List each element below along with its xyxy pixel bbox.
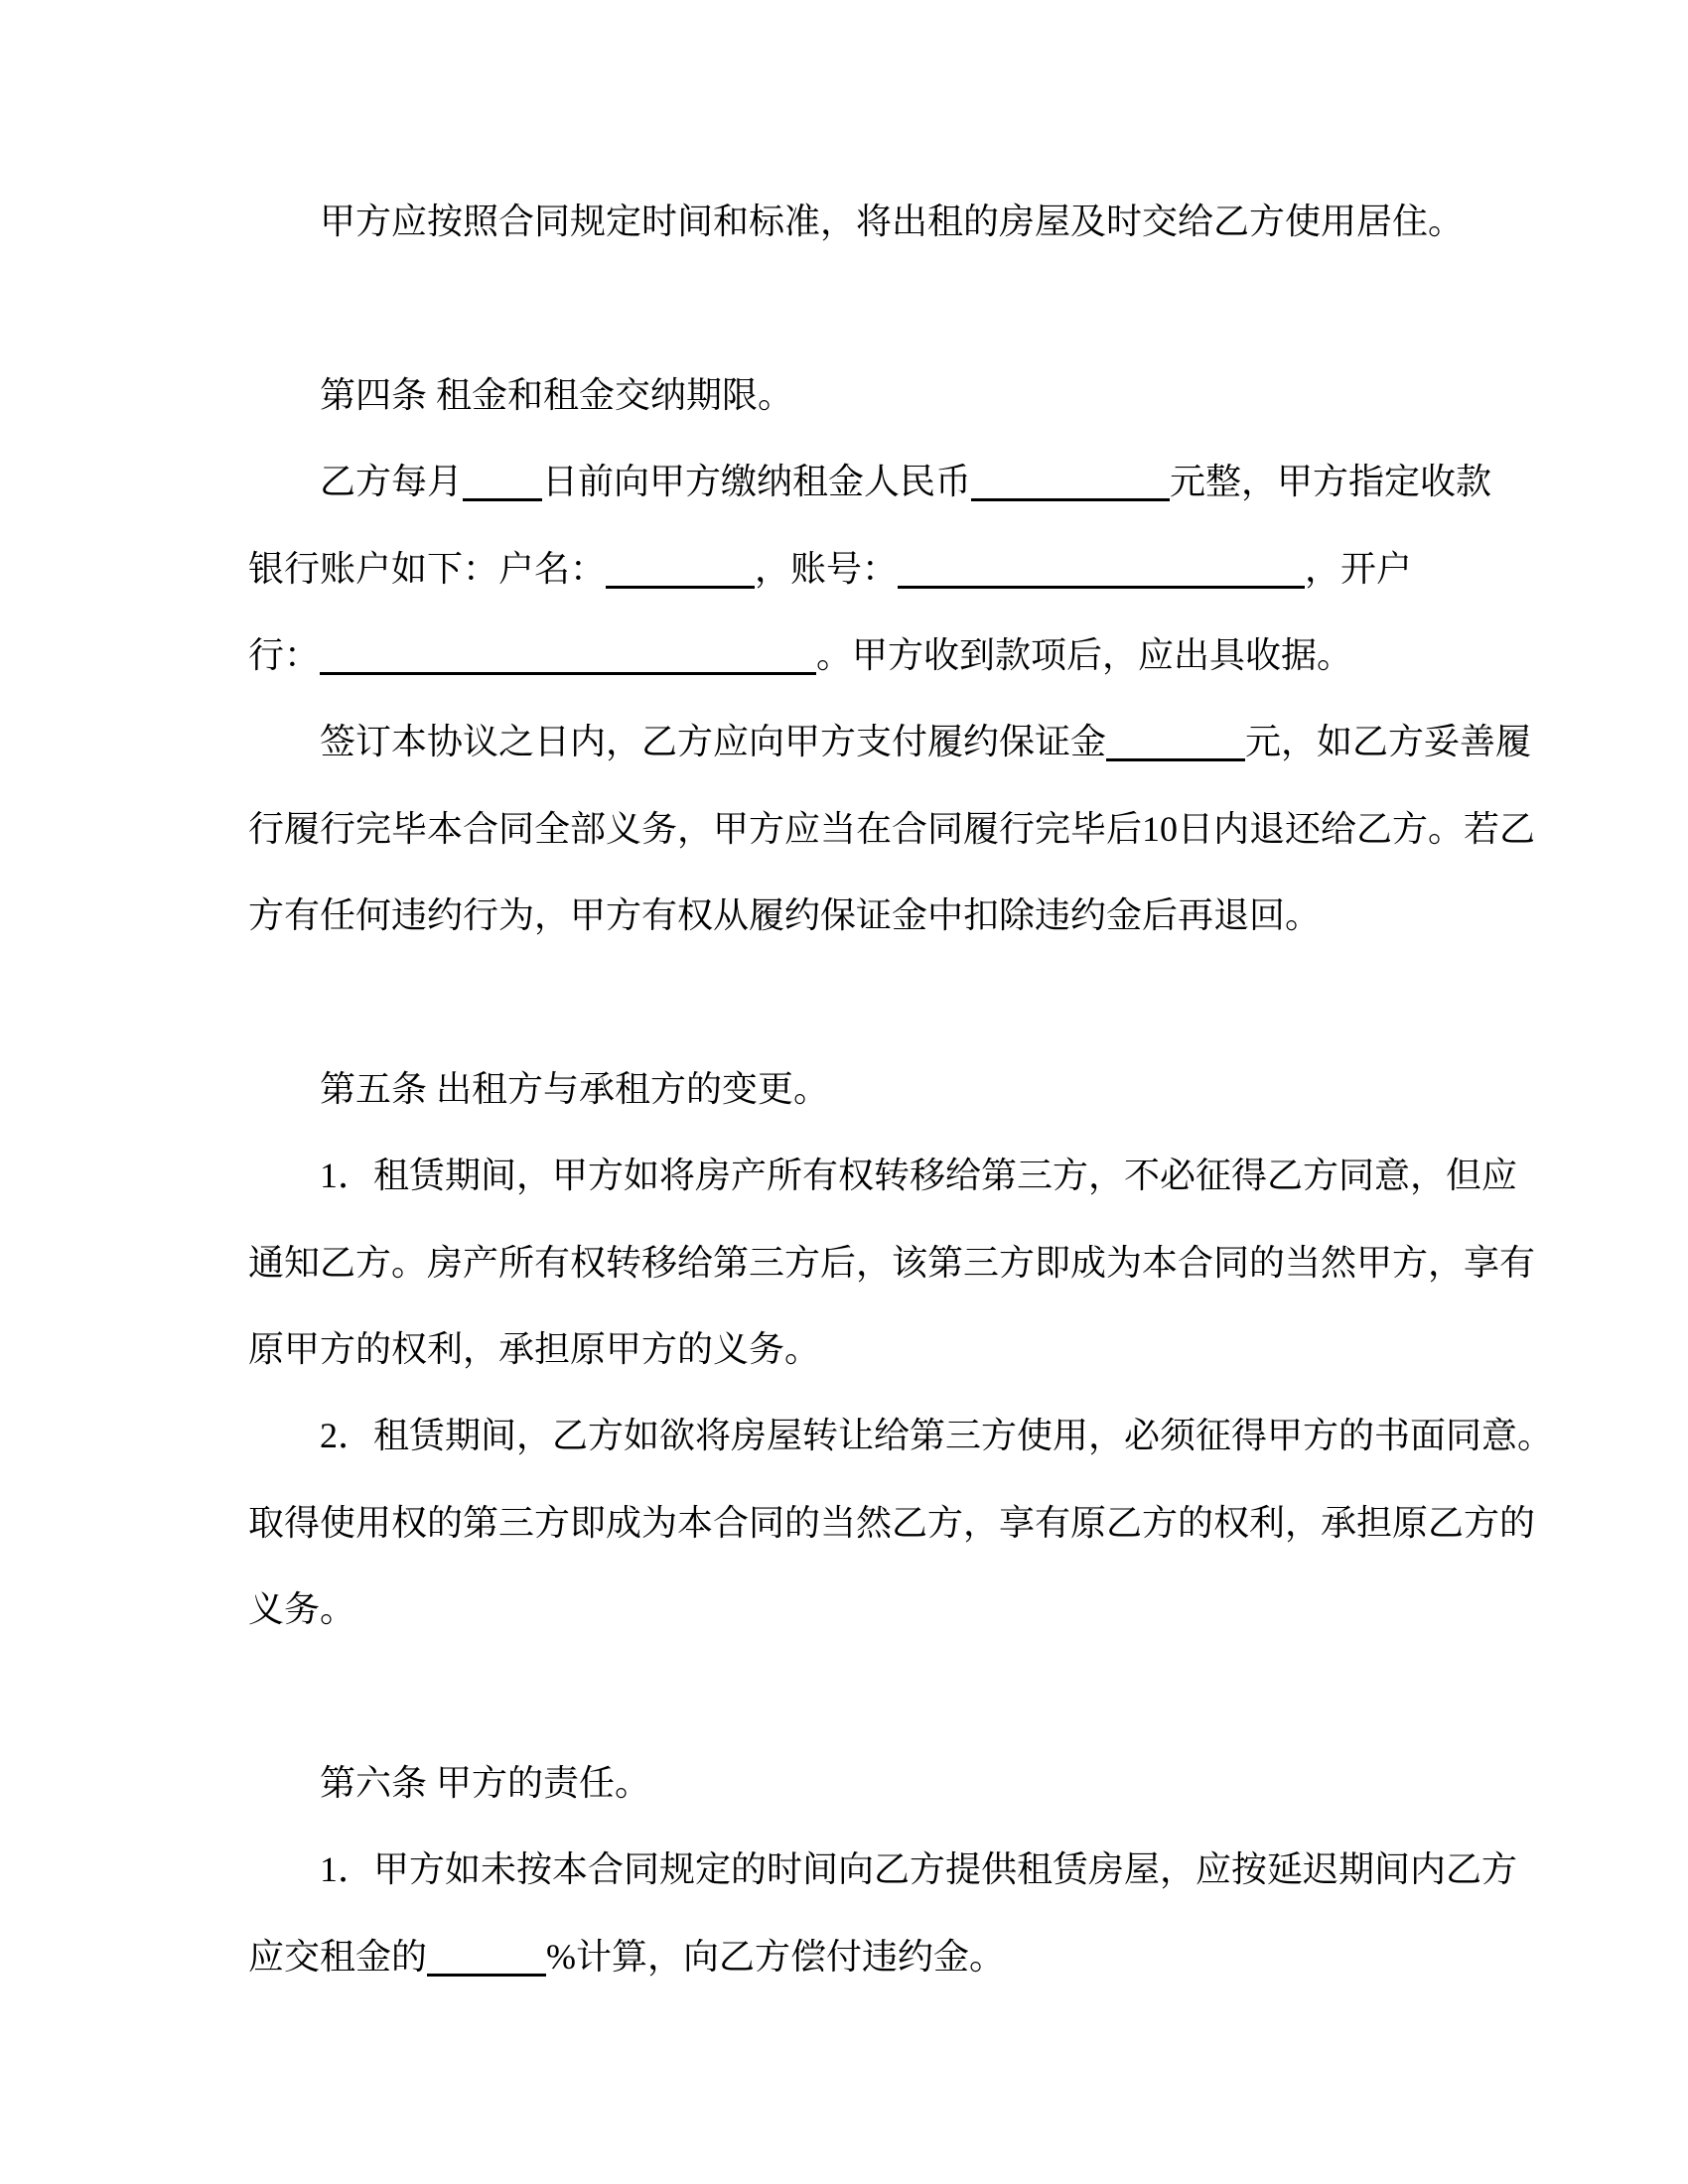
document-line: 通知乙方。房产所有权转移给第三方后，该第三方即成为本合同的当然甲方，享有 xyxy=(248,1240,1450,1326)
fill-in-blank-underline xyxy=(463,459,542,501)
body-text: 乙方每月 xyxy=(320,462,463,501)
heading-text: 第五条 出租方与承租方的变更。 xyxy=(320,1069,829,1109)
body-text: 签订本协议之日内，乙方应向甲方支付履约保证金 xyxy=(320,722,1106,761)
body-text: 1．租赁期间，甲方如将房产所有权转移给第三方，不必征得乙方同意，但应 xyxy=(320,1156,1517,1195)
body-text: 行： xyxy=(248,635,320,675)
contract-body: 甲方应按照合同规定时间和标准，将出租的房屋及时交给乙方使用居住。第四条 租金和租… xyxy=(248,199,1450,2020)
body-text: 日前向甲方缴纳租金人民币 xyxy=(542,462,971,501)
contract-page: 甲方应按照合同规定时间和标准，将出租的房屋及时交给乙方使用居住。第四条 租金和租… xyxy=(0,0,1688,2184)
body-text: 取得使用权的第三方即成为本合同的当然乙方，享有原乙方的权利，承担原乙方的 xyxy=(248,1503,1535,1543)
document-line: 乙方每月日前向甲方缴纳租金人民币元整，甲方指定收款 xyxy=(248,459,1450,545)
body-text: 应交租金的 xyxy=(248,1937,427,1977)
document-line: 甲方应按照合同规定时间和标准，将出租的房屋及时交给乙方使用居住。 xyxy=(248,199,1450,285)
blank-line xyxy=(248,1674,1450,1760)
body-text: ，账号： xyxy=(755,549,898,589)
body-text: 。甲方收到款项后，应出具收据。 xyxy=(816,635,1352,675)
document-line: 原甲方的权利，承担原甲方的义务。 xyxy=(248,1326,1450,1413)
body-text: %计算，向乙方偿付违约金。 xyxy=(546,1937,1005,1977)
blank-line xyxy=(248,980,1450,1066)
body-text: 1．甲方如未按本合同规定的时间向乙方提供租赁房屋，应按延迟期间内乙方 xyxy=(320,1849,1517,1889)
body-text: 银行账户如下：户名： xyxy=(248,549,606,589)
section-heading: 第五条 出租方与承租方的变更。 xyxy=(248,1066,1450,1153)
heading-text: 第六条 甲方的责任。 xyxy=(320,1763,650,1803)
section-heading: 第四条 租金和租金交纳期限。 xyxy=(248,372,1450,459)
fill-in-blank-underline xyxy=(427,1934,546,1977)
document-line: 义务。 xyxy=(248,1586,1450,1673)
body-text: ，开户 xyxy=(1305,549,1412,589)
fill-in-blank-underline xyxy=(1106,719,1245,761)
document-line: 2．租赁期间，乙方如欲将房屋转让给第三方使用，必须征得甲方的书面同意。 xyxy=(248,1413,1450,1499)
document-line: 应交租金的%计算，向乙方偿付违约金。 xyxy=(248,1934,1450,2020)
document-line: 银行账户如下：户名：，账号：，开户 xyxy=(248,546,1450,632)
body-text: 方有任何违约行为，甲方有权从履约保证金中扣除违约金后再退回。 xyxy=(248,895,1321,935)
body-text: 甲方应按照合同规定时间和标准，将出租的房屋及时交给乙方使用居住。 xyxy=(320,202,1464,241)
body-text: 元，如乙方妥善履 xyxy=(1245,722,1531,761)
blank-line xyxy=(248,285,1450,371)
heading-text: 第四条 租金和租金交纳期限。 xyxy=(320,375,793,415)
document-line: 行：。甲方收到款项后，应出具收据。 xyxy=(248,632,1450,719)
body-text: 通知乙方。房产所有权转移给第三方后，该第三方即成为本合同的当然甲方，享有 xyxy=(248,1243,1535,1283)
document-line: 取得使用权的第三方即成为本合同的当然乙方，享有原乙方的权利，承担原乙方的 xyxy=(248,1500,1450,1586)
section-heading: 第六条 甲方的责任。 xyxy=(248,1760,1450,1846)
body-text: 原甲方的权利，承担原甲方的义务。 xyxy=(248,1329,820,1369)
body-text: 行履行完毕本合同全部义务，甲方应当在合同履行完毕后10日内退还给乙方。若乙 xyxy=(248,809,1535,849)
document-line: 行履行完毕本合同全部义务，甲方应当在合同履行完毕后10日内退还给乙方。若乙 xyxy=(248,806,1450,892)
fill-in-blank-underline xyxy=(898,546,1305,589)
document-line: 1．甲方如未按本合同规定的时间向乙方提供租赁房屋，应按延迟期间内乙方 xyxy=(248,1846,1450,1933)
document-line: 1．租赁期间，甲方如将房产所有权转移给第三方，不必征得乙方同意，但应 xyxy=(248,1153,1450,1239)
document-line: 签订本协议之日内，乙方应向甲方支付履约保证金元，如乙方妥善履 xyxy=(248,719,1450,805)
document-line: 方有任何违约行为，甲方有权从履约保证金中扣除违约金后再退回。 xyxy=(248,892,1450,979)
body-text: 元整，甲方指定收款 xyxy=(1170,462,1491,501)
fill-in-blank-underline xyxy=(320,632,816,675)
body-text: 义务。 xyxy=(248,1589,355,1629)
body-text: 2．租赁期间，乙方如欲将房屋转让给第三方使用，必须征得甲方的书面同意。 xyxy=(320,1416,1553,1455)
fill-in-blank-underline xyxy=(606,546,755,589)
fill-in-blank-underline xyxy=(971,459,1170,501)
